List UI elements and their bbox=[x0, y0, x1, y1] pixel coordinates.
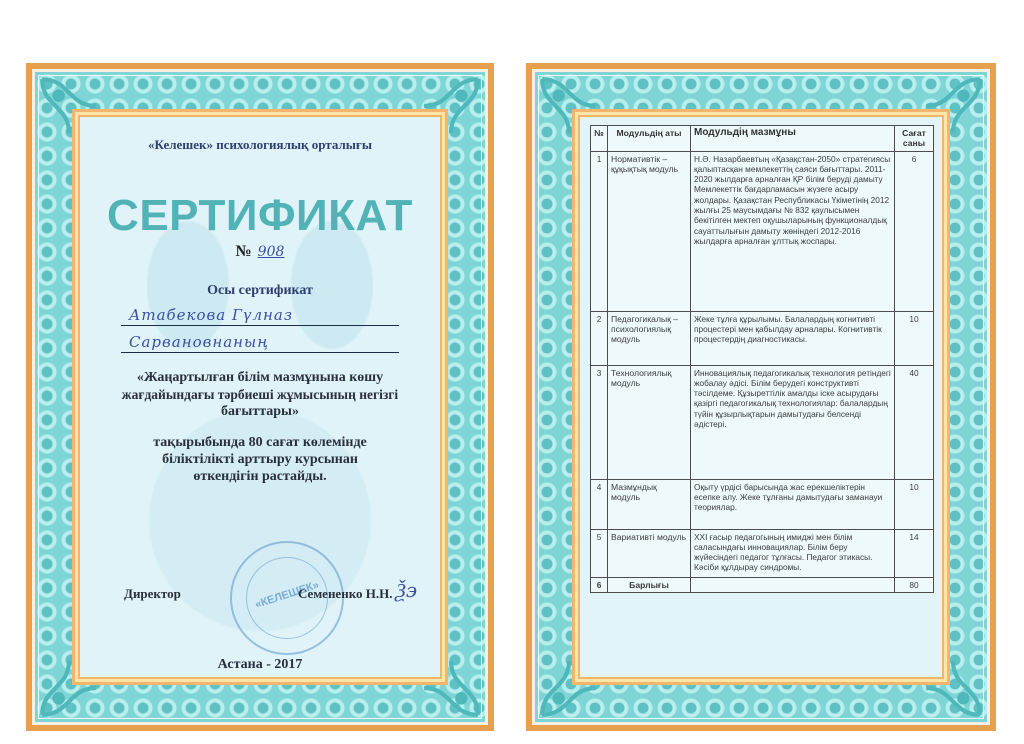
table-row: 4 Мазмұндық модуль Оқыту үрдісі барысынд… bbox=[591, 479, 934, 529]
director-label: Директор bbox=[124, 586, 181, 602]
table-header-row: № Модульдің аты Модульдің мазмұны Сағат … bbox=[591, 126, 934, 152]
city-year: Астана - 2017 bbox=[80, 657, 440, 673]
course-title: «Жаңартылған білім мазмұнына көшу жағдай… bbox=[80, 369, 440, 420]
table-row: 5 Вариативті модуль XXI ғасыр педагогыны… bbox=[591, 529, 934, 577]
signature: Ѯэ bbox=[396, 578, 417, 603]
certificate-page: «Келешек» психологиялық орталығы СЕРТИФИ… bbox=[26, 63, 494, 731]
certificate-body: «Келешек» психологиялық орталығы СЕРТИФИ… bbox=[80, 117, 440, 677]
course-description: тақырыбында 80 сағат көлемінде біліктілі… bbox=[80, 434, 440, 485]
header-number: № bbox=[591, 126, 608, 152]
header-module-name: Модульдің аты bbox=[608, 126, 691, 152]
organization-name: «Келешек» психологиялық орталығы bbox=[80, 137, 440, 153]
table-total-row: 6 Барлығы 80 bbox=[591, 577, 934, 592]
table-row: 2 Педагогикалық – психологиялық модуль Ж… bbox=[591, 311, 934, 365]
certificate-number-value: 908 bbox=[258, 244, 285, 260]
certificate-title: СЕРТИФИКАТ bbox=[80, 191, 440, 241]
inner-frame: «Келешек» психологиялық орталығы СЕРТИФИ… bbox=[72, 109, 448, 685]
header-hours: Сағат саны bbox=[895, 126, 934, 152]
table-row: 1 Нормативтік – құқықтық модуль Н.Ә. Наз… bbox=[591, 151, 934, 311]
header-module-content: Модульдің мазмұны bbox=[691, 126, 895, 152]
recipient-name-line-1: Атабекова Гүлназ bbox=[121, 303, 399, 326]
recipient-name-line-2: Сарвановнаның bbox=[121, 330, 399, 353]
inner-frame: № Модульдің аты Модульдің мазмұны Сағат … bbox=[572, 109, 950, 685]
table-row: 3 Технологиялық модуль Инновациялық педа… bbox=[591, 365, 934, 479]
intro-text: Осы сертификат bbox=[80, 283, 440, 299]
modules-page: № Модульдің аты Модульдің мазмұны Сағат … bbox=[526, 63, 996, 731]
modules-table: № Модульдің аты Модульдің мазмұны Сағат … bbox=[590, 125, 934, 593]
certificate-number: №908 bbox=[80, 243, 440, 261]
modules-body: № Модульдің аты Модульдің мазмұны Сағат … bbox=[580, 117, 942, 677]
director-name: Семененко Н.Н. bbox=[298, 586, 393, 602]
